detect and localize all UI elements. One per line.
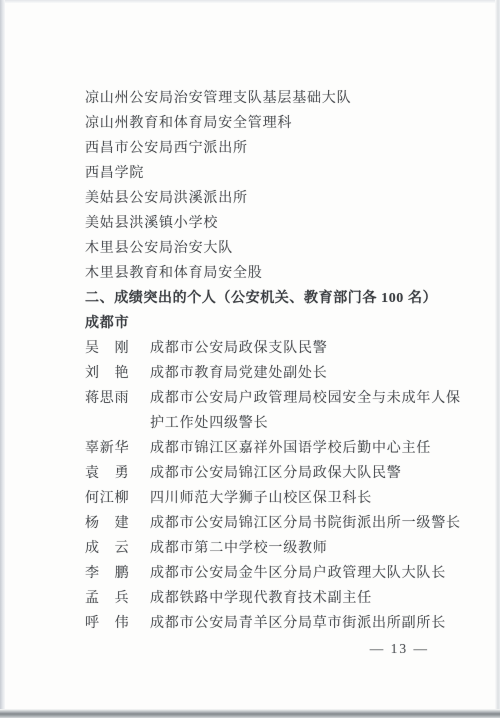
organization-item: 木里县教育和体育局安全股: [85, 261, 469, 286]
organization-item: 西昌学院: [85, 161, 469, 186]
scan-edge-left: [0, 0, 5, 718]
person-row: 杨 建 成都市公安局锦江区分局书院街派出所一级警长: [85, 511, 469, 536]
person-row: 刘 艳 成都市教育局党建处副处长: [85, 361, 469, 386]
person-name: 辜新华: [85, 436, 131, 461]
page-number: — 13 —: [370, 641, 429, 657]
person-row: 吴 刚 成都市公安局政保支队民警: [85, 336, 469, 361]
person-row: 辜新华 成都市锦江区嘉祥外国语学校后勤中心主任: [85, 436, 469, 461]
person-row: 何江柳 四川师范大学狮子山校区保卫科长: [85, 486, 469, 511]
person-name: 李 鹏: [85, 561, 131, 586]
person-name: 何江柳: [85, 486, 131, 511]
person-title: 成都市公安局户政管理局校园安全与未成年人保 护工作处四级警长: [150, 386, 468, 436]
document-page: 凉山州公安局治安管理支队基层基础大队 凉山州教育和体育局安全管理科 西昌市公安局…: [0, 0, 500, 718]
organization-item: 美姑县公安局洪溪派出所: [85, 186, 469, 211]
person-title: 成都市公安局政保支队民警: [150, 336, 468, 361]
person-title: 成都市第二中学校一级教师: [150, 536, 468, 561]
section-heading: 二、成绩突出的个人（公安机关、教育部门各 100 名）: [85, 286, 469, 311]
person-name: 袁 勇: [85, 461, 131, 486]
person-title: 成都市公安局青羊区分局草市街派出所副所长: [150, 611, 468, 636]
person-row: 孟 兵 成都铁路中学现代教育技术副主任: [85, 586, 469, 611]
person-name: 呼 伟: [85, 611, 131, 636]
person-title: 成都铁路中学现代教育技术副主任: [150, 586, 468, 611]
person-title: 四川师范大学狮子山校区保卫科长: [150, 486, 468, 511]
city-heading: 成都市: [85, 311, 469, 336]
person-row: 袁 勇 成都市公安局锦江区分局政保大队民警: [85, 461, 469, 486]
person-title: 成都市公安局金牛区分局户政管理大队大队长: [150, 561, 468, 586]
scan-edge-right: [495, 0, 500, 718]
person-title: 成都市锦江区嘉祥外国语学校后勤中心主任: [150, 436, 468, 461]
organization-item: 西昌市公安局西宁派出所: [85, 136, 469, 161]
person-title: 成都市公安局锦江区分局政保大队民警: [150, 461, 468, 486]
person-name: 杨 建: [85, 511, 131, 536]
organization-item: 木里县公安局治安大队: [85, 236, 469, 261]
person-title: 成都市教育局党建处副处长: [150, 361, 468, 386]
person-name: 成 云: [85, 536, 131, 561]
organization-item: 凉山州教育和体育局安全管理科: [85, 111, 469, 136]
page-content: 凉山州公安局治安管理支队基层基础大队 凉山州教育和体育局安全管理科 西昌市公安局…: [85, 86, 469, 636]
person-name: 吴 刚: [85, 336, 131, 361]
person-title: 成都市公安局锦江区分局书院街派出所一级警长: [150, 511, 468, 536]
organization-item: 凉山州公安局治安管理支队基层基础大队: [85, 86, 469, 111]
people-list: 吴 刚 成都市公安局政保支队民警 刘 艳 成都市教育局党建处副处长 蒋思雨 成都…: [85, 336, 469, 636]
person-name: 刘 艳: [85, 361, 131, 386]
person-name: 孟 兵: [85, 586, 131, 611]
person-row: 蒋思雨 成都市公安局户政管理局校园安全与未成年人保 护工作处四级警长: [85, 386, 469, 436]
organization-list: 凉山州公安局治安管理支队基层基础大队 凉山州教育和体育局安全管理科 西昌市公安局…: [85, 86, 469, 286]
person-name: 蒋思雨: [85, 386, 131, 411]
scan-edge-top: [0, 0, 500, 3]
person-row: 呼 伟 成都市公安局青羊区分局草市街派出所副所长: [85, 611, 469, 636]
organization-item: 美姑县洪溪镇小学校: [85, 211, 469, 236]
scan-edge-bottom: [0, 709, 500, 718]
person-row: 李 鹏 成都市公安局金牛区分局户政管理大队大队长: [85, 561, 469, 586]
person-row: 成 云 成都市第二中学校一级教师: [85, 536, 469, 561]
